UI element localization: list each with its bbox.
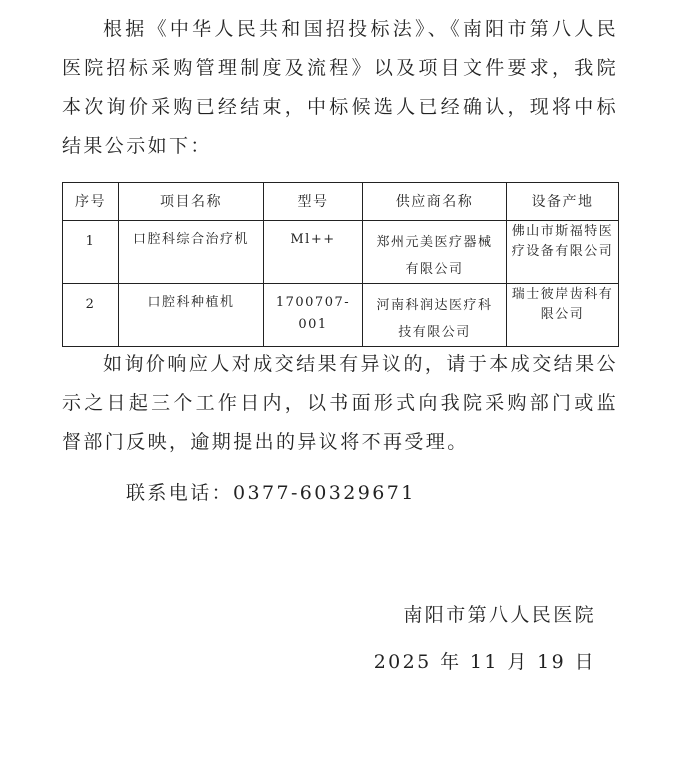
cell-model: 1700707-001: [264, 284, 363, 347]
col-header-no: 序号: [63, 183, 119, 221]
cell-no: 1: [63, 221, 119, 284]
contact-phone: 联系电话：0377-60329671: [126, 478, 416, 505]
cell-no: 2: [63, 284, 119, 347]
cell-origin: 佛山市斯福特医疗设备有限公司: [507, 221, 619, 284]
signature-date: 2025 年 11 月 19 日: [374, 647, 596, 674]
cell-model: Ml++: [264, 221, 363, 284]
objection-paragraph: 如询价响应人对成交结果有异议的，请于本成交结果公示之日起三个工作日内，以书面形式…: [62, 345, 618, 462]
col-header-supplier: 供应商名称: [363, 183, 507, 221]
intro-paragraph: 根据《中华人民共和国招投标法》、《南阳市第八人民医院招标采购管理制度及流程》以及…: [62, 10, 618, 166]
table-header-row: 序号 项目名称 型号 供应商名称 设备产地: [63, 183, 619, 221]
cell-supplier: 河南科润达医疗科技有限公司: [363, 284, 507, 347]
cell-supplier: 郑州元美医疗器械有限公司: [363, 221, 507, 284]
cell-name: 口腔科综合治疗机: [119, 221, 264, 284]
col-header-model: 型号: [264, 183, 363, 221]
result-table: 序号 项目名称 型号 供应商名称 设备产地 1 口腔科综合治疗机 Ml++ 郑州…: [62, 182, 619, 347]
col-header-origin: 设备产地: [507, 183, 619, 221]
table-row: 1 口腔科综合治疗机 Ml++ 郑州元美医疗器械有限公司 佛山市斯福特医疗设备有…: [63, 221, 619, 284]
table-row: 2 口腔科种植机 1700707-001 河南科润达医疗科技有限公司 瑞士彼岸齿…: [63, 284, 619, 347]
col-header-name: 项目名称: [119, 183, 264, 221]
cell-origin: 瑞士彼岸齿科有限公司: [507, 284, 619, 347]
signature-org: 南阳市第八人民医院: [403, 600, 596, 627]
cell-name: 口腔科种植机: [119, 284, 264, 347]
